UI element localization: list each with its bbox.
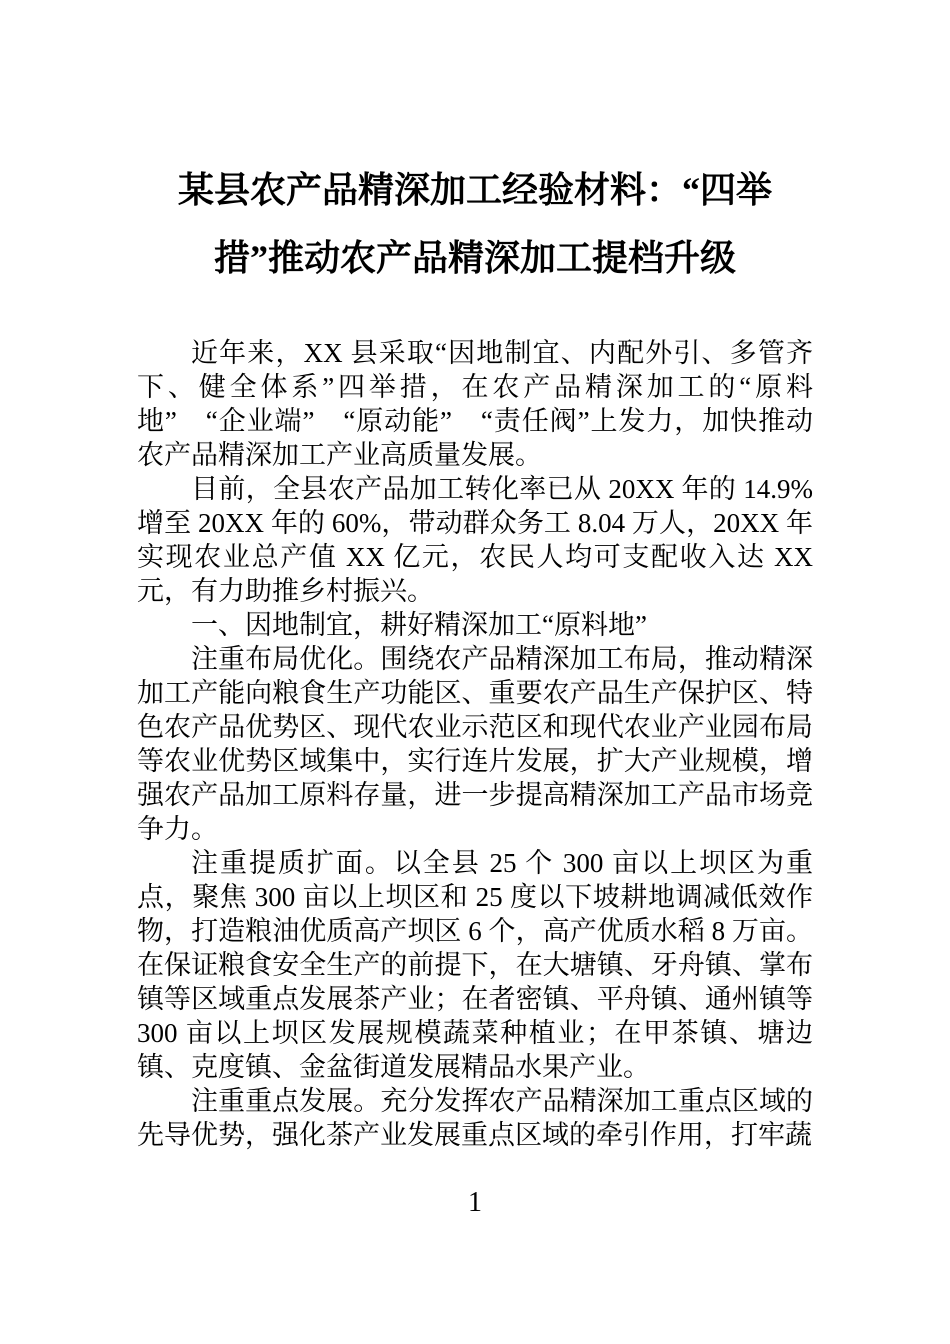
document-page: 某县农产品精深加工经验材料：“四举 措”推动农产品精深加工提档升级 近年来，XX… <box>0 0 950 1344</box>
page-number: 1 <box>0 1186 950 1220</box>
paragraph: 近年来，XX 县采取“因地制宜、内配外引、多管齐下、健全体系”四举措，在农产品精… <box>137 336 813 472</box>
document-title: 某县农产品精深加工经验材料：“四举 措”推动农产品精深加工提档升级 <box>137 156 813 292</box>
paragraph: 目前，全县农产品加工转化率已从 20XX 年的 14.9%增至 20XX 年的 … <box>137 472 813 608</box>
paragraph: 注重提质扩面。以全县 25 个 300 亩以上坝区为重点，聚焦 300 亩以上坝… <box>137 846 813 1084</box>
document-body: 近年来，XX 县采取“因地制宜、内配外引、多管齐下、健全体系”四举措，在农产品精… <box>137 336 813 1152</box>
paragraph: 注重布局优化。围绕农产品精深加工布局，推动精深加工产能向粮食生产功能区、重要农产… <box>137 642 813 846</box>
section-heading: 一、因地制宜，耕好精深加工“原料地” <box>137 608 813 642</box>
title-line-1: 某县农产品精深加工经验材料：“四举 <box>137 156 813 224</box>
title-line-2: 措”推动农产品精深加工提档升级 <box>137 224 813 292</box>
paragraph: 注重重点发展。充分发挥农产品精深加工重点区域的先导优势，强化茶产业发展重点区域的… <box>137 1084 813 1152</box>
